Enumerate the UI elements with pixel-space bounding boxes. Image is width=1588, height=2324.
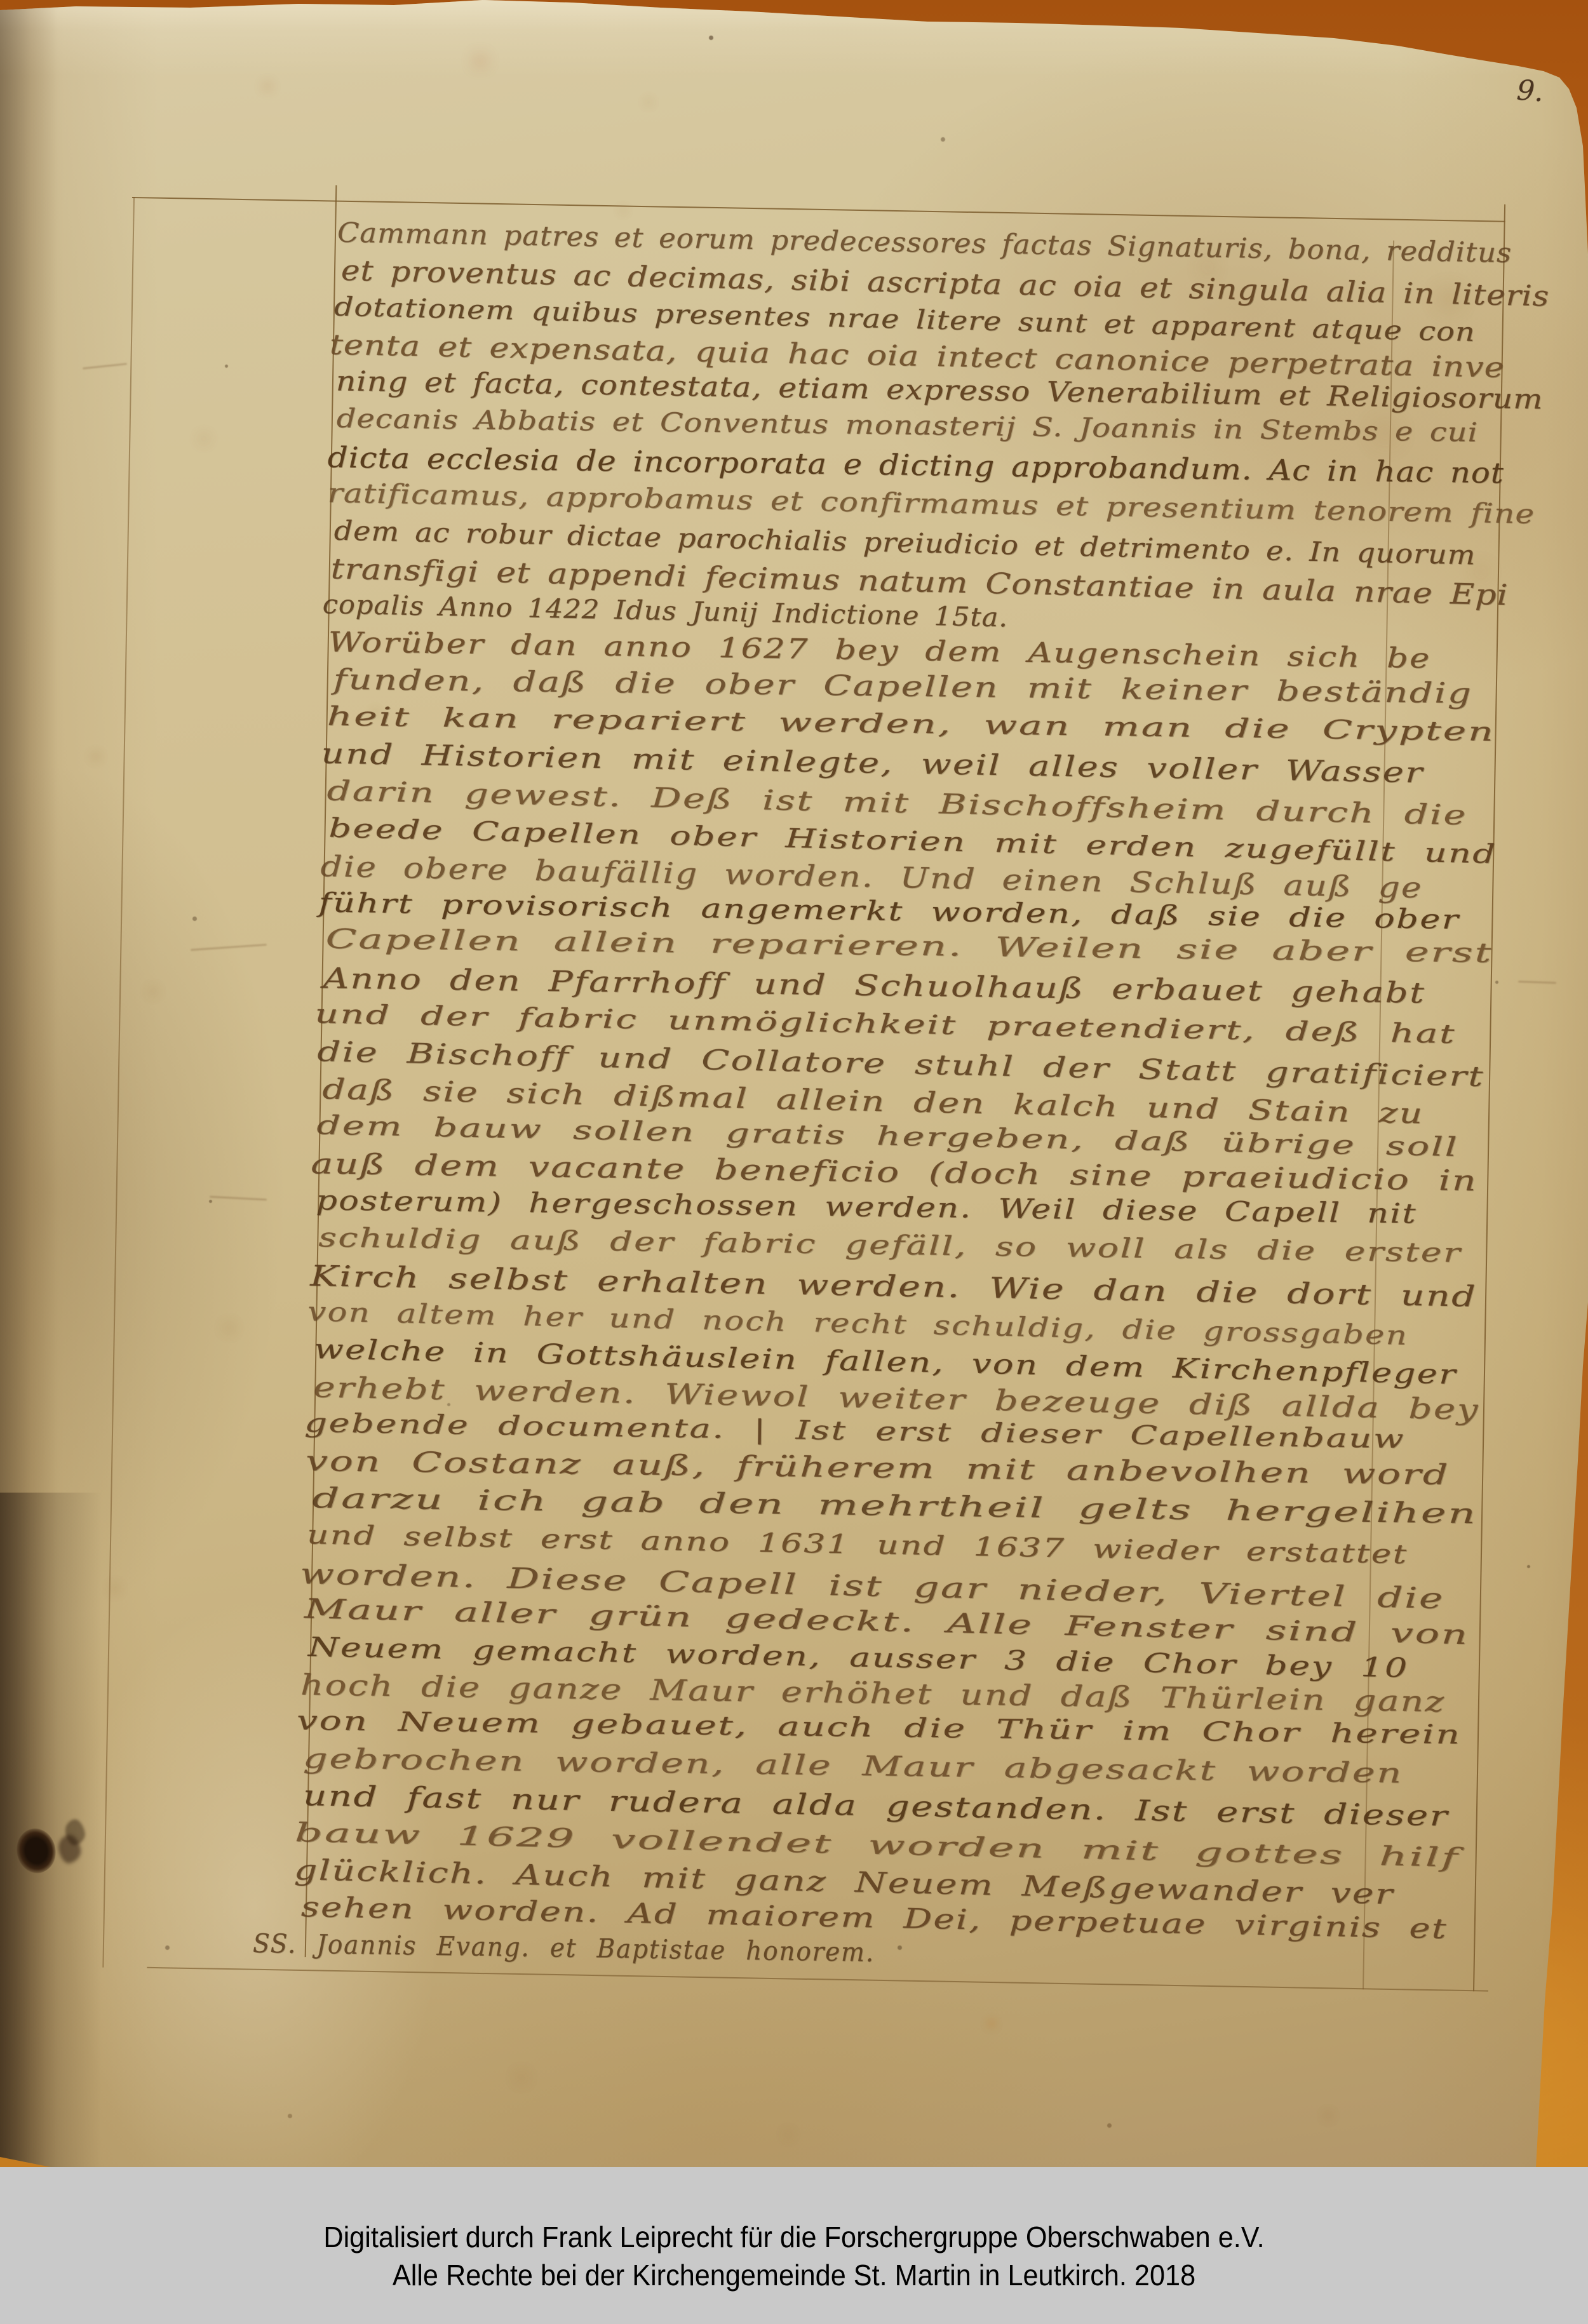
page-number: 9. [1516,74,1544,109]
binding-shadow-lower [0,1493,102,2167]
credit-line-1: Digitalisiert durch Frank Leiprecht für … [48,2218,1540,2256]
manuscript-line: schuldig auß der fabric gefäll, so woll … [318,1222,1462,1268]
foxing-stains [0,0,1,1]
scanned-document-view: Cammann patres et eorum predecessores fa… [0,0,1588,2324]
ruled-text-area: Cammann patres et eorum predecessores fa… [102,197,1511,1992]
digitization-credit-bar: Digitalisiert durch Frank Leiprecht für … [0,2167,1588,2324]
manuscript-line: SS. Joannis Evang. et Baptistae honorem. [252,1928,875,1967]
bleedthrough-mark [1518,981,1556,984]
ink-specks [0,0,2,2]
handwritten-text-block: Cammann patres et eorum predecessores fa… [102,197,1511,1992]
bleedthrough-mark [83,363,127,369]
manuscript-page: Cammann patres et eorum predecessores fa… [0,0,1588,2167]
credit-line-2: Alle Rechte bei der Kirchengemeinde St. … [48,2256,1540,2294]
torn-top-edge-highlight [0,0,1588,76]
